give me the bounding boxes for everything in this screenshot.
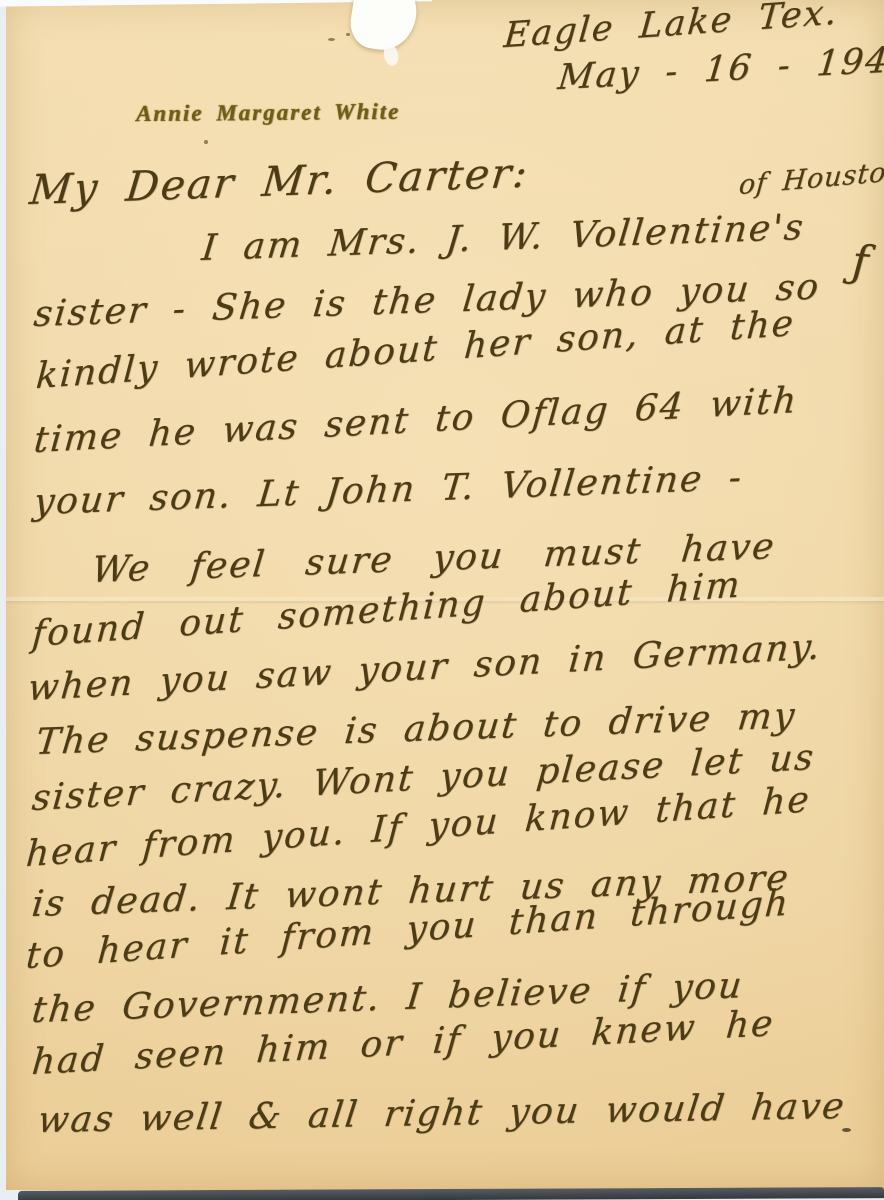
body-line: your son. Lt John T. Vollentine - [32,457,745,523]
margin-note: of Houston [738,155,884,201]
paper-speck [204,140,208,144]
paper-speck [842,1128,851,1132]
scanned-letter: Eagle Lake Tex. May - 16 - 1945. Annie M… [0,0,884,1200]
paper-speck [346,33,350,36]
salutation: My Dear Mr. Carter: [27,148,531,214]
stamped-name: Annie Margaret White [136,99,401,127]
body-line: time he was sent to Oflag 64 with [32,380,800,461]
letter-paper: Eagle Lake Tex. May - 16 - 1945. Annie M… [6,0,884,1190]
body-line: I am Mrs. J. W. Vollentine's [200,207,807,269]
paper-speck [328,38,335,41]
body-line: was well & all right you would have [35,1086,848,1141]
line-end-flourish: ƒ [850,236,872,288]
